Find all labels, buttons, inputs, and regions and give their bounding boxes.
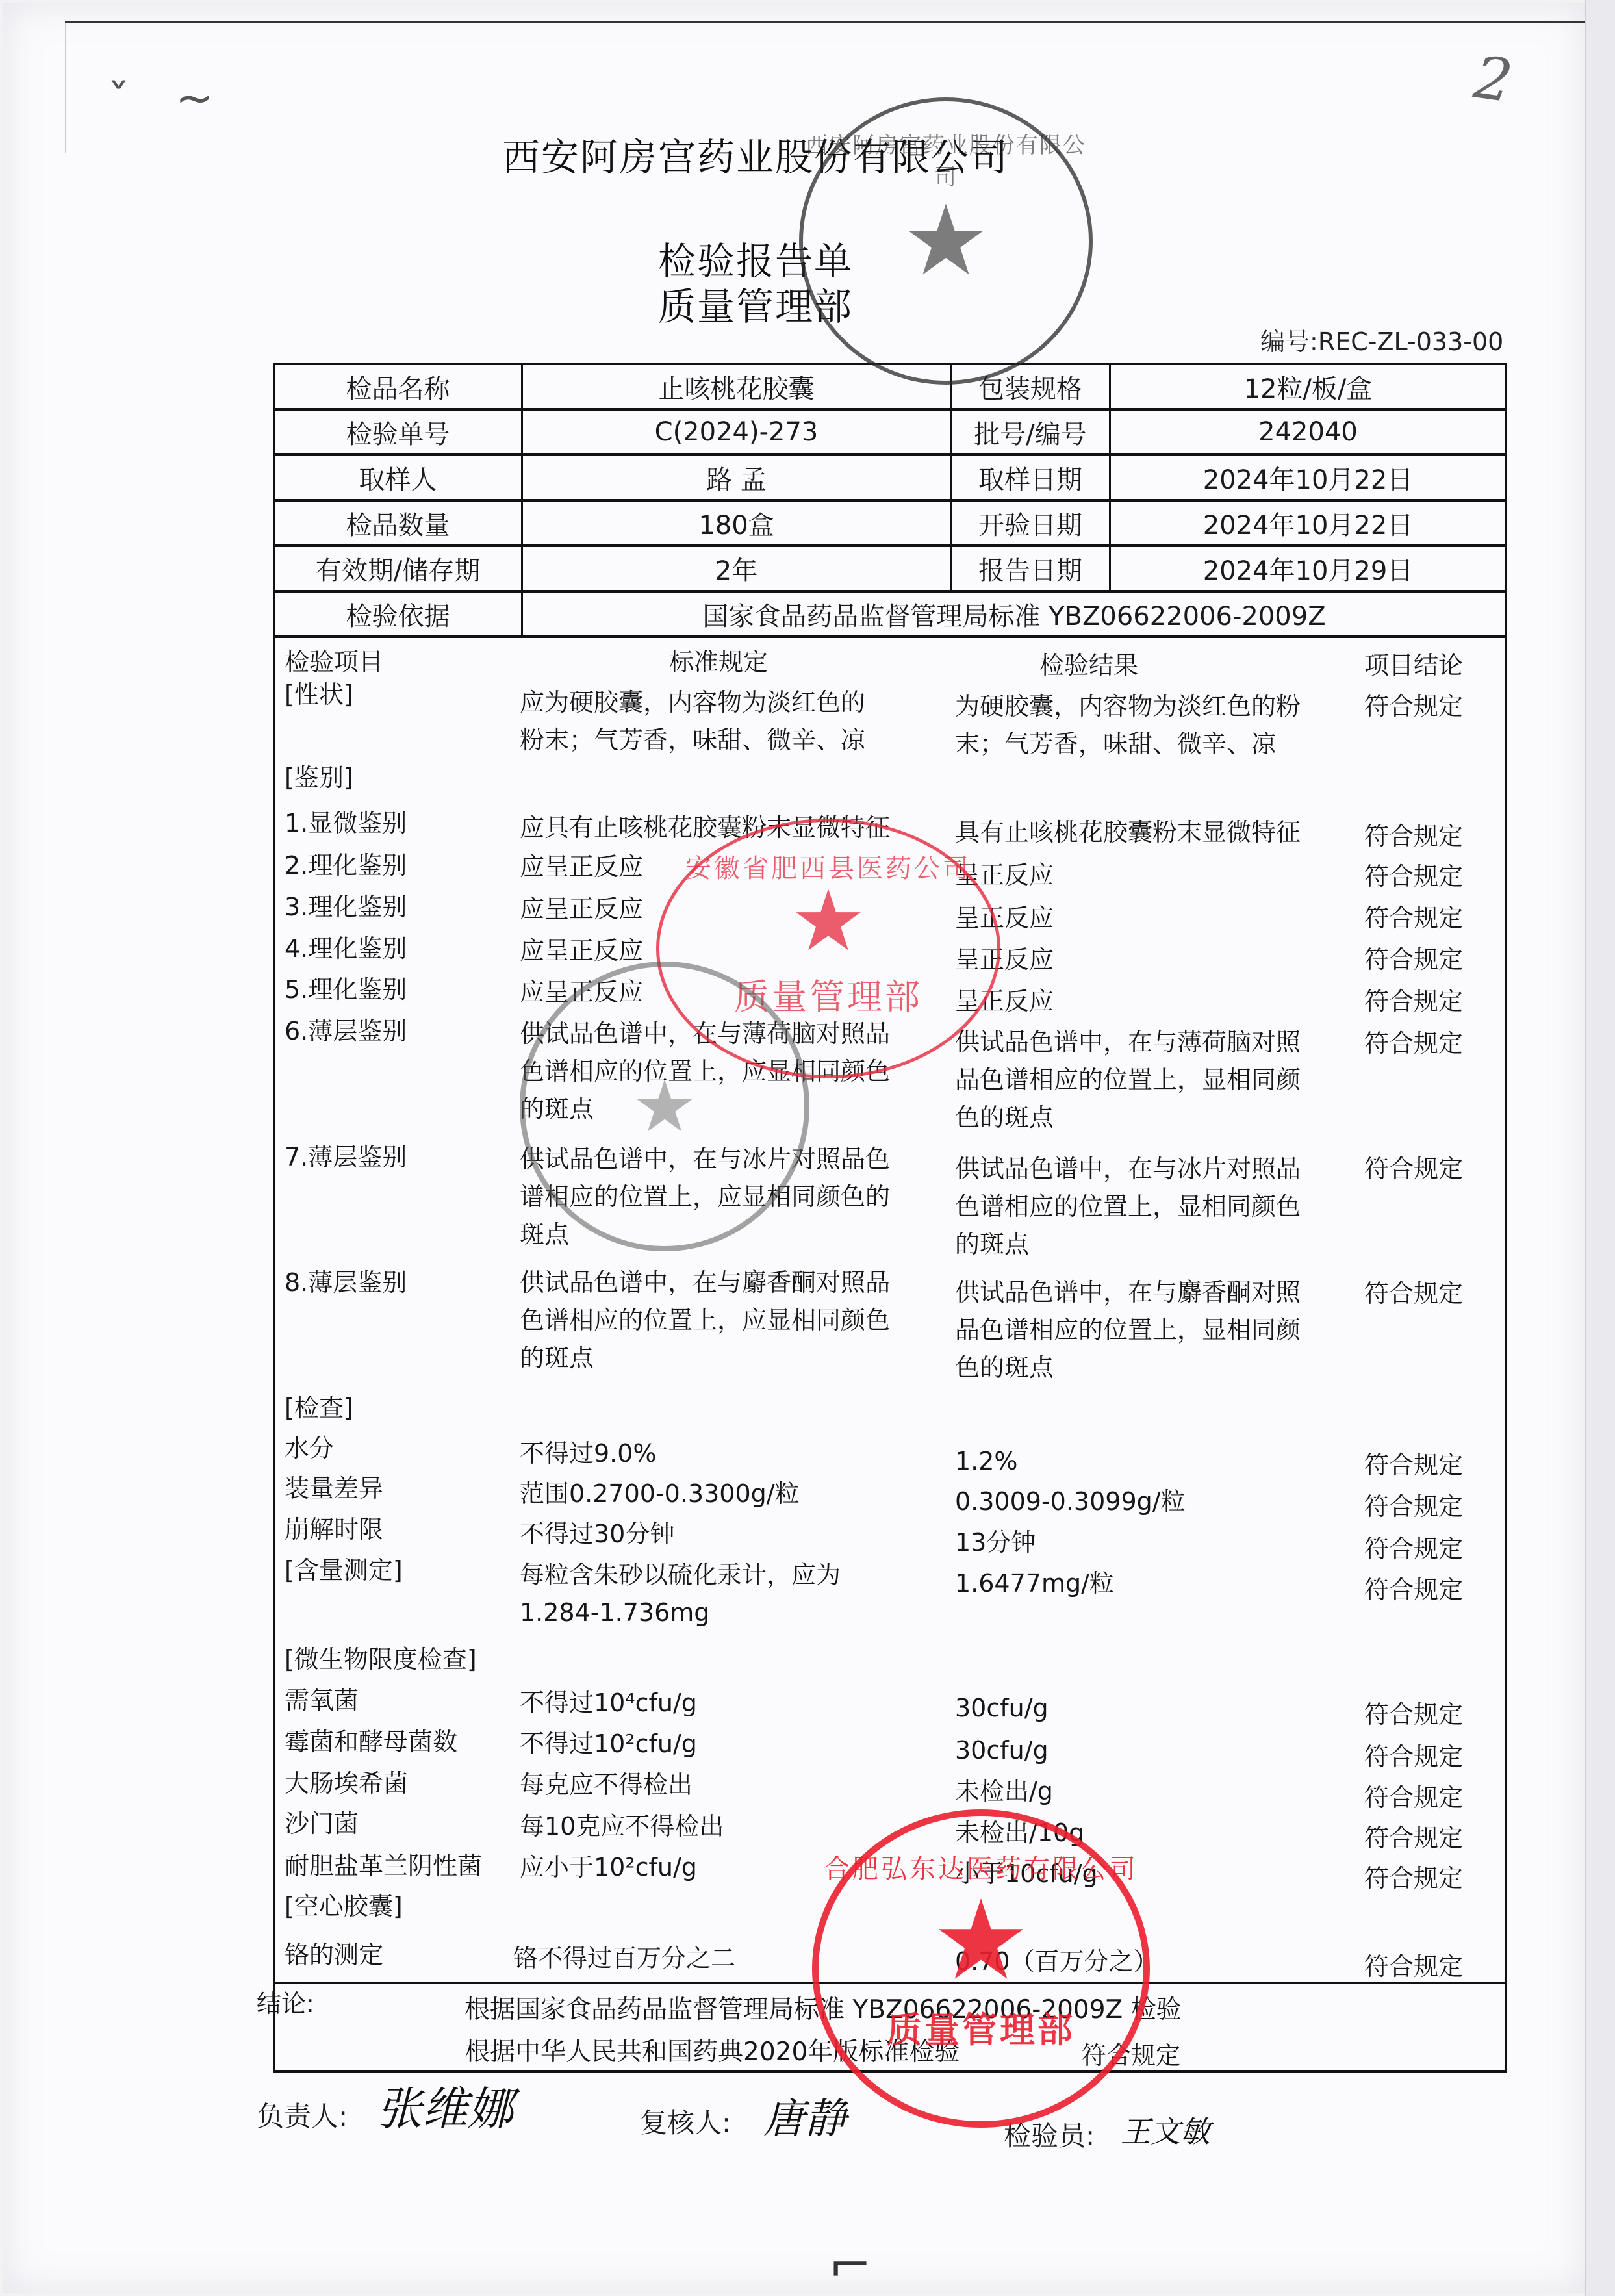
inspector-signature: 王文敏 [1121,2108,1210,2151]
page-edge [1585,0,1615,2296]
row-item: 6.薄层鉴别 [285,1012,407,1050]
row-conclusion: 符合规定 [1364,1571,1463,1609]
info-value: 242040 [1111,411,1507,453]
row-item: 需氧菌 [285,1681,359,1719]
section-microbial: [微生物限度检查] [285,1640,477,1678]
basis-label: 检验依据 [273,593,523,635]
row-item: 崩解时限 [285,1511,383,1548]
row-conclusion: 符合规定 [1364,1696,1463,1733]
row-standard: 不得过10²cfu/g [520,1725,922,1763]
row-result: 1.6477mg/粒 [955,1564,1319,1602]
row-item: 4.理化鉴别 [285,930,407,967]
section-appearance: [性状] [285,676,353,713]
row-item: 铬的测定 [285,1936,383,1974]
col-header-result: 检验结果 [1039,646,1138,684]
row-standard: 应呈正反应 [520,932,922,969]
section-identification: [鉴别] [285,759,353,797]
row-result: 0.3009-0.3099g/粒 [955,1483,1319,1520]
row-item: 5.理化鉴别 [285,971,407,1008]
row-standard: 每粒含朱砂以硫化汞计，应为 1.284-1.736mg [520,1556,922,1631]
document-number: 编号:REC-ZL-033-00 [1260,322,1503,357]
row-item: 耐胆盐革兰阴性菌 [285,1847,482,1885]
info-label: 检品名称 [273,365,523,408]
row-conclusion: 符合规定 [1364,1446,1463,1484]
responsible-label: 负责人: [257,2095,348,2134]
row-conclusion: 符合规定 [1364,1488,1463,1525]
row-conclusion: 符合规定 [1364,817,1463,855]
row-result: 呈正反应 [955,941,1319,978]
row-item: 霉菌和酵母菌数 [285,1723,457,1761]
info-label: 报告日期 [952,547,1111,590]
row-result: 0.70（百万分之） [955,1943,1319,1980]
row-conclusion: 符合规定 [1364,687,1463,725]
scan-top-edge [65,21,1585,23]
row-standard: 每10克应不得检出 [520,1807,922,1845]
info-row: 检品数量 180盒 开验日期 2024年10月22日 [273,499,1507,544]
row-standard: 应呈正反应 [520,890,922,928]
row-conclusion: 符合规定 [1364,1859,1463,1897]
row-item: 8.薄层鉴别 [285,1264,407,1301]
reviewer-label: 复核人: [640,2102,731,2141]
row-conclusion: 符合规定 [1364,941,1463,978]
row-conclusion: 符合规定 [1364,1150,1463,1188]
conclusion-line2: 根据中华人民共和国药典2020年版标准检验 [464,2034,960,2071]
row-conclusion: 符合规定 [1364,982,1463,1020]
row-item: 水分 [285,1429,334,1467]
info-value: 180盒 [523,502,952,544]
info-label: 批号/编号 [952,411,1111,453]
row-result: 30cfu/g [955,1689,1319,1727]
row-result: 13分钟 [955,1524,1319,1561]
info-value: 2024年10月29日 [1111,547,1507,590]
row-item: 2.理化鉴别 [285,847,407,884]
info-value: C(2024)-273 [523,411,952,453]
row-standard: 应为硬胶囊，内容物为淡红色的 粉末；气芳香，味甜、微辛、凉 [520,683,922,759]
row-standard: 供试品色谱中，在与冰片对照品色 谱相应的位置上，应显相同颜色的 斑点 [520,1140,922,1253]
reviewer-signature: 唐静 [763,2086,846,2145]
row-standard: 不得过9.0% [520,1435,922,1472]
row-result: 30cfu/g [955,1731,1319,1769]
conclusion-verdict: 符合规定 [1082,2037,1180,2074]
row-item: 1.显微鉴别 [285,804,407,842]
row-conclusion: 符合规定 [1364,1530,1463,1568]
section-capsule: [空心胶囊] [285,1887,403,1925]
row-result: 供试品色谱中，在与薄荷脑对照 品色谱相应的位置上，显相同颜 色的斑点 [955,1023,1319,1136]
responsible-signature: 张维娜 [377,2073,513,2138]
row-conclusion: 符合规定 [1364,1819,1463,1857]
row-result: 未检出/g [955,1772,1319,1810]
row-standard: 应具有止咳桃花胶囊粉末显微特征 [520,809,961,847]
row-item: 7.薄层鉴别 [285,1138,407,1176]
info-label: 检品数量 [273,502,523,544]
info-value: 路 孟 [523,456,952,499]
info-label: 取样日期 [952,456,1111,499]
info-label: 包装规格 [952,365,1111,408]
col-header-conclusion: 项目结论 [1364,646,1463,684]
inspector-label: 检验员: [1004,2115,1095,2154]
row-item: 大肠埃希菌 [285,1765,408,1802]
row-conclusion: 符合规定 [1364,858,1463,895]
row-item: 沙门菌 [285,1805,359,1843]
row-result: 供试品色谱中，在与麝香酮对照 品色谱相应的位置上，显相同颜 色的斑点 [955,1273,1319,1386]
row-item: 装量差异 [285,1470,383,1507]
row-conclusion: 符合规定 [1364,1738,1463,1776]
info-value: 2年 [523,547,952,590]
row-standard: 应小于10²cfu/g [520,1848,922,1886]
info-value: 止咳桃花胶囊 [523,365,952,408]
row-item: [含量测定] [285,1551,403,1589]
row-standard: 不得过30分钟 [520,1515,922,1553]
row-result: 呈正反应 [955,982,1319,1020]
info-row: 有效期/储存期 2年 报告日期 2024年10月29日 [273,544,1507,590]
scan-smudge: ˇ [107,75,130,128]
row-result: 供试品色谱中，在与冰片对照品 色谱相应的位置上，显相同颜色 的斑点 [955,1150,1319,1263]
info-value: 2024年10月22日 [1111,456,1507,499]
handwritten-mark: ⌐ [828,2235,872,2295]
row-result: 为硬胶囊，内容物为淡红色的粉 末；气芳香，味甜、微辛、凉 [955,687,1319,763]
row-result: 呈正反应 [955,856,1319,894]
row-conclusion: 符合规定 [1364,1948,1463,1985]
row-standard: 应呈正反应 [520,848,922,886]
row-conclusion: 符合规定 [1364,1779,1463,1817]
row-item: 3.理化鉴别 [285,888,407,926]
basis-value: 国家食品药品监督管理局标准 YBZ06622006-2009Z [523,593,1507,635]
info-value: 2024年10月22日 [1111,502,1507,544]
row-conclusion: 符合规定 [1364,899,1463,937]
row-result: 未检出/10g [955,1814,1319,1852]
row-standard: 供试品色谱中，在与麝香酮对照品 色谱相应的位置上，应显相同颜色 的斑点 [520,1264,922,1377]
col-header-standard: 标准规定 [669,643,768,681]
row-result: 1.2% [955,1442,1319,1480]
section-inspection: [检查] [285,1389,353,1427]
row-standard: 不得过10⁴cfu/g [520,1684,922,1722]
company-name: 西安阿房宫药业股份有限公司 [0,127,1563,181]
info-row: 检验单号 C(2024)-273 批号/编号 242040 [273,408,1507,453]
conclusion-line1: 根据国家食品药品监督管理局标准 YBZ06622006-2009Z 检验 [464,1991,1182,2029]
row-result: 小于10cfu/g [955,1855,1319,1893]
row-standard: 铬不得过百万分之二 [513,1939,916,1977]
row-standard: 范围0.2700-0.3300g/粒 [520,1475,922,1512]
info-value: 12粒/板/盒 [1111,365,1507,408]
row-standard: 每克应不得检出 [520,1766,922,1804]
document-number-label: 编号: [1260,327,1318,356]
info-row: 取样人 路 孟 取样日期 2024年10月22日 [273,453,1507,499]
row-conclusion: 符合规定 [1364,1025,1463,1062]
info-row: 检品名称 止咳桃花胶囊 包装规格 12粒/板/盒 [273,363,1507,408]
row-standard: 应呈正反应 [520,973,922,1011]
info-label: 有效期/储存期 [273,547,523,590]
row-result: 呈正反应 [955,899,1319,937]
row-conclusion: 符合规定 [1364,1275,1463,1312]
row-standard: 供试品色谱中，在与薄荷脑对照品 色谱相应的位置上，应显相同颜色 的斑点 [520,1015,922,1128]
document-number-value: REC-ZL-033-00 [1318,327,1504,356]
info-label: 开验日期 [952,502,1111,544]
basis-row: 检验依据 国家食品药品监督管理局标准 YBZ06622006-2009Z [273,590,1507,635]
row-result: 具有止咳桃花胶囊粉末显微特征 [955,813,1319,851]
info-label: 检验单号 [273,411,523,453]
scan-smudge: ~ [175,71,214,125]
conclusion-label: 结论: [257,1985,314,2022]
info-label: 取样人 [273,456,523,499]
